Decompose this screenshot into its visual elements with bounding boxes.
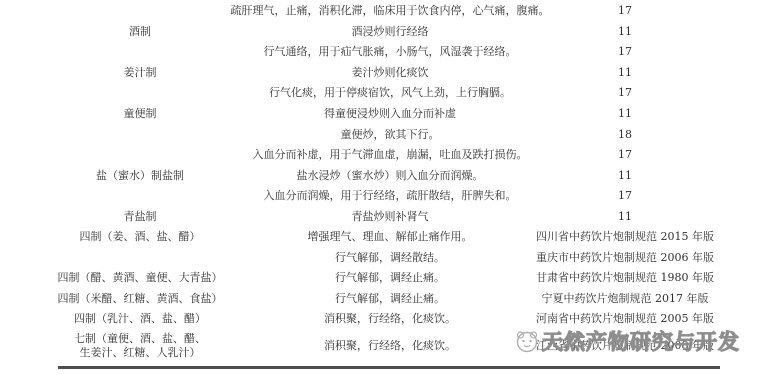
cell-source: 河南省中药饮片炮制规范 2005 年版 xyxy=(545,312,705,326)
table-row: 酒制酒浸炒则行经络11 xyxy=(0,22,780,43)
cell-method: 盐（蜜水）制盐制 xyxy=(45,169,235,183)
cell-effect: 童便炒，欲其下行。 xyxy=(235,128,545,142)
cell-method: 青盐制 xyxy=(45,210,235,224)
cell-source: 宁夏中药饮片炮制规范 2017 年版 xyxy=(545,292,705,306)
table-row: 姜汁制姜汁炒则化痰饮11 xyxy=(0,63,780,84)
table-row: 疏肝理气，止痛，消积化滞，临床用于饮食内停，心气痛，腹痛。17 xyxy=(0,1,780,22)
cell-effect: 行气解郁，调经止痛。 xyxy=(235,271,545,285)
cell-source: 18 xyxy=(545,128,705,142)
table-row: 童便制得童便浸炒则入血分而补虚11 xyxy=(0,104,780,125)
journal-logo-icon xyxy=(514,328,540,354)
cell-effect: 行气化痰，用于停痰宿饮，风气上劲，上行胸膈。 xyxy=(235,86,545,100)
cell-effect: 青盐炒则补肾气 xyxy=(235,210,545,224)
cell-effect: 消积聚，行经络，化痰饮。 xyxy=(235,339,545,353)
cell-method: 四制（米醋、红糖、黄酒、食盐） xyxy=(45,292,235,306)
paper-table-page: 疏肝理气，止痛，消积化滞，临床用于饮食内停，心气痛，腹痛。17酒制酒浸炒则行经络… xyxy=(0,0,780,375)
cell-source: 17 xyxy=(545,148,705,162)
cell-effect: 行气解郁，调经止痛。 xyxy=(235,292,545,306)
cell-method: 七制（童便、酒、盐、醋、 生姜汁、红糖、人乳汁） xyxy=(45,332,235,360)
cell-method: 四制（乳汁、酒、盐、醋） xyxy=(45,312,235,326)
cell-source: 四川省中药饮片炮制规范 2015 年版 xyxy=(545,230,705,244)
cell-method: 四制（醋、黄酒、童便、大青盐） xyxy=(45,271,235,285)
table-row: 四制（米醋、红糖、黄酒、食盐）行气解郁，调经止痛。宁夏中药饮片炮制规范 2017… xyxy=(0,289,780,310)
table-row: 行气化痰，用于停痰宿饮，风气上劲，上行胸膈。17 xyxy=(0,83,780,104)
table-row: 行气通络，用于疝气胀痛，小肠气，风湿袭于经络。17 xyxy=(0,42,780,63)
cell-effect: 得童便浸炒则入血分而补虚 xyxy=(235,107,545,121)
table-row: 四制（姜、酒、盐、醋）增强理气、理血、解郁止痛作用。四川省中药饮片炮制规范 20… xyxy=(0,227,780,248)
table-bottom-border xyxy=(58,366,720,369)
cell-effect: 行气通络，用于疝气胀痛，小肠气，风湿袭于经络。 xyxy=(235,45,545,59)
cell-effect: 酒浸炒则行经络 xyxy=(235,25,545,39)
table-body: 疏肝理气，止痛，消积化滞，临床用于饮食内停，心气痛，腹痛。17酒制酒浸炒则行经络… xyxy=(0,1,780,363)
table-row: 盐（蜜水）制盐制盐水浸炒（蜜水炒）则入血分而润燥。11 xyxy=(0,165,780,186)
cell-source: 11 xyxy=(545,25,705,39)
cell-effect: 姜汁炒则化痰饮 xyxy=(235,66,545,80)
cell-effect: 消积聚，行经络，化痰饮。 xyxy=(235,312,545,326)
cell-effect: 入血分而润燥，用于行经络，疏肝散结，肝脾失和。 xyxy=(235,189,545,203)
watermark-text: 天然产物研究与开发 xyxy=(542,326,740,356)
cell-method: 四制（姜、酒、盐、醋） xyxy=(45,230,235,244)
cell-source: 17 xyxy=(545,86,705,100)
cell-effect: 盐水浸炒（蜜水炒）则入血分而润燥。 xyxy=(235,169,545,183)
cell-source: 11 xyxy=(545,66,705,80)
cell-source: 11 xyxy=(545,107,705,121)
cell-method: 酒制 xyxy=(45,25,235,39)
table-row: 入血分而补虚，用于气滞血虚，崩漏，吐血及跌打损伤。17 xyxy=(0,145,780,166)
cell-source: 11 xyxy=(545,169,705,183)
cell-source: 17 xyxy=(545,45,705,59)
cell-source: 重庆市中药饮片炮制规范 2006 年版 xyxy=(545,251,705,265)
cell-source: 11 xyxy=(545,210,705,224)
cell-source: 17 xyxy=(545,4,705,18)
cell-effect: 行气解郁，调经散结。 xyxy=(235,251,545,265)
cell-effect: 疏肝理气，止痛，消积化滞，临床用于饮食内停，心气痛，腹痛。 xyxy=(235,4,545,18)
table-row: 入血分而润燥，用于行经络，疏肝散结，肝脾失和。17 xyxy=(0,186,780,207)
journal-watermark: 天然产物研究与开发 xyxy=(514,326,740,356)
table-row: 青盐制青盐炒则补肾气11 xyxy=(0,206,780,227)
cell-method: 姜汁制 xyxy=(45,66,235,80)
table-row: 四制（醋、黄酒、童便、大青盐）行气解郁，调经止痛。甘肃省中药饮片炮制规范 198… xyxy=(0,268,780,289)
table-row: 童便炒，欲其下行。18 xyxy=(0,124,780,145)
cell-method: 童便制 xyxy=(45,107,235,121)
cell-effect: 增强理气、理血、解郁止痛作用。 xyxy=(235,230,545,244)
cell-source: 甘肃省中药饮片炮制规范 1980 年版 xyxy=(545,271,705,285)
table-row: 行气解郁，调经散结。重庆市中药饮片炮制规范 2006 年版 xyxy=(0,248,780,269)
cell-effect: 入血分而补虚，用于气滞血虚，崩漏，吐血及跌打损伤。 xyxy=(235,148,545,162)
cell-source: 17 xyxy=(545,189,705,203)
